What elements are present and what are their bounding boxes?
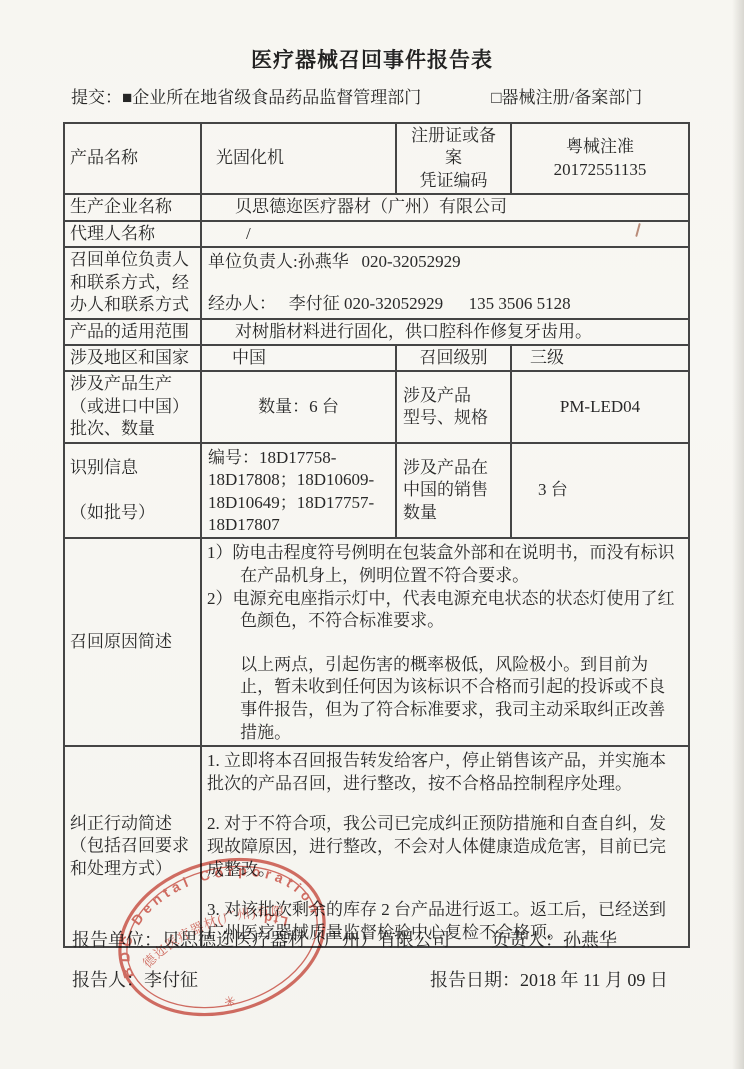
product-name-label: 产品名称: [64, 123, 201, 194]
model-label: 涉及产品 型号、规格: [396, 371, 511, 442]
identification-label: 识别信息 （如批号）: [64, 443, 201, 539]
identification-value: 编号：18D17758- 18D17808；18D10609- 18D10649…: [201, 443, 396, 539]
row-batch: 涉及产品生产 （或进口中国） 批次、数量 数量：6 台 涉及产品 型号、规格 P…: [64, 371, 689, 442]
model-value: PM-LED04: [511, 371, 689, 442]
corrective-action-label: 纠正行动简述 （包括召回要求 和处理方式）: [64, 746, 201, 947]
recall-reason-value: 1）防电击程度符号例明在包装盒外部和在说明书，而没有标识在产品机身上，例明位置不…: [201, 538, 689, 746]
row-corrective-action: 纠正行动简述 （包括召回要求 和处理方式） 1. 立即将本召回报告转发给客户，停…: [64, 746, 689, 947]
row-contacts: 召回单位负责人和联系方式，经办人和联系方式 单位负责人:孙燕华 020-3205…: [64, 247, 689, 318]
reporter-line: 报告人：李付征: [72, 966, 198, 992]
agent-label: 代理人名称: [64, 221, 201, 247]
china-sales-value: 3 台: [511, 443, 689, 539]
row-manufacturer: 生产企业名称 贝思德迩医疗器材（广州）有限公司: [64, 194, 689, 220]
row-agent: 代理人名称 /: [64, 221, 689, 247]
batch-quantity: 数量：6 台: [201, 371, 396, 442]
page-title: 医疗器械召回事件报告表: [0, 44, 744, 74]
responsible-value: 孙燕华: [563, 930, 617, 950]
report-unit-label: 报告单位：: [72, 930, 162, 950]
manufacturer-value: 贝思德迩医疗器材（广州）有限公司: [201, 194, 689, 220]
submit-line: 提交：■企业所在地省级食品药品监督管理部门□器械注册/备案部门: [71, 83, 691, 108]
row-recall-reason: 召回原因简述 1）防电击程度符号例明在包装盒外部和在说明书，而没有标识在产品机身…: [64, 538, 689, 746]
agent-value: /: [201, 221, 689, 247]
corrective-action-item-2: 2. 对于不符合项，我公司已完成纠正预防措施和自查自纠，发现故障原因，进行整改，…: [207, 813, 681, 882]
report-date-line: 报告日期：2018 年 11 月 09 日: [430, 966, 668, 992]
responsible-label: 负责人：: [491, 930, 563, 950]
reporter-label: 报告人：: [72, 970, 144, 990]
recall-report-table: 产品名称 光固化机 注册证或备案 凭证编码 粤械注准 20172551135 生…: [63, 122, 690, 948]
submit-option-province-checked: ■企业所在地省级食品药品监督管理部门: [122, 88, 421, 107]
region-label: 涉及地区和国家: [64, 345, 201, 371]
report-unit-line: 报告单位：贝思德迩医疗器材（广州）有限公司负责人：孙燕华: [72, 926, 617, 952]
report-date-value: 2018 年 11 月 09 日: [520, 970, 668, 990]
contacts-label: 召回单位负责人和联系方式，经办人和联系方式: [64, 247, 201, 318]
product-name-value: 光固化机: [201, 123, 396, 194]
recall-reason-item-1: 1）防电击程度符号例明在包装盒外部和在说明书，而没有标识在产品机身上，例明位置不…: [207, 542, 681, 587]
region-value: 中国: [201, 345, 396, 371]
corrective-action-value: 1. 立即将本召回报告转发给客户，停止销售该产品，并实施本批次的产品召回，进行整…: [201, 746, 689, 947]
recall-reason-item-2: 2）电源充电座指示灯中，代表电源充电状态的状态灯使用了红色颜色，不符合标准要求。: [207, 588, 681, 633]
reg-cert-value: 粤械注准 20172551135: [511, 123, 689, 194]
china-sales-label: 涉及产品在中国的销售数量: [396, 443, 511, 539]
row-region: 涉及地区和国家 中国 召回级别 三级: [64, 345, 689, 371]
scope-value: 对树脂材料进行固化，供口腔科作修复牙齿用。: [201, 319, 689, 345]
recall-level-value: 三级: [511, 345, 689, 371]
report-date-label: 报告日期：: [430, 970, 520, 990]
scanned-recall-report-page: { "colors": { "paper": "#f7f6f1", "ink":…: [0, 0, 744, 1069]
reporter-value: 李付征: [144, 970, 198, 990]
contact-responsible: 单位负责人:孙燕华 020-32052929: [208, 251, 682, 273]
submit-option-registration-unchecked: □器械注册/备案部门: [491, 88, 642, 107]
recall-level-label: 召回级别: [396, 345, 511, 371]
contacts-value: 单位负责人:孙燕华 020-32052929 经办人： 李付征 020-3205…: [201, 247, 689, 318]
scope-label: 产品的适用范围: [64, 319, 201, 345]
page-edge-shadow: [732, 0, 744, 1069]
recall-reason-label: 召回原因简述: [64, 538, 201, 746]
row-product: 产品名称 光固化机 注册证或备案 凭证编码 粤械注准 20172551135: [64, 123, 689, 194]
reg-cert-label: 注册证或备案 凭证编码: [396, 123, 511, 194]
contact-handler: 经办人： 李付征 020-32052929 135 3506 5128: [208, 293, 682, 315]
row-identification: 识别信息 （如批号） 编号：18D17758- 18D17808；18D1060…: [64, 443, 689, 539]
stamp-star-icon: ✳: [223, 994, 238, 1012]
report-unit-value: 贝思德迩医疗器材（广州）有限公司: [162, 930, 450, 950]
manufacturer-label: 生产企业名称: [64, 194, 201, 220]
corrective-action-item-1: 1. 立即将本召回报告转发给客户，停止销售该产品，并实施本批次的产品召回，进行整…: [207, 750, 681, 796]
recall-reason-summary: 以上两点，引起伤害的概率极低，风险极小。到目前为止，暂未收到任何因为该标识不合格…: [207, 654, 681, 744]
row-scope: 产品的适用范围 对树脂材料进行固化，供口腔科作修复牙齿用。: [64, 319, 689, 345]
submit-label: 提交：: [71, 88, 122, 107]
batch-label: 涉及产品生产 （或进口中国） 批次、数量: [64, 371, 201, 442]
